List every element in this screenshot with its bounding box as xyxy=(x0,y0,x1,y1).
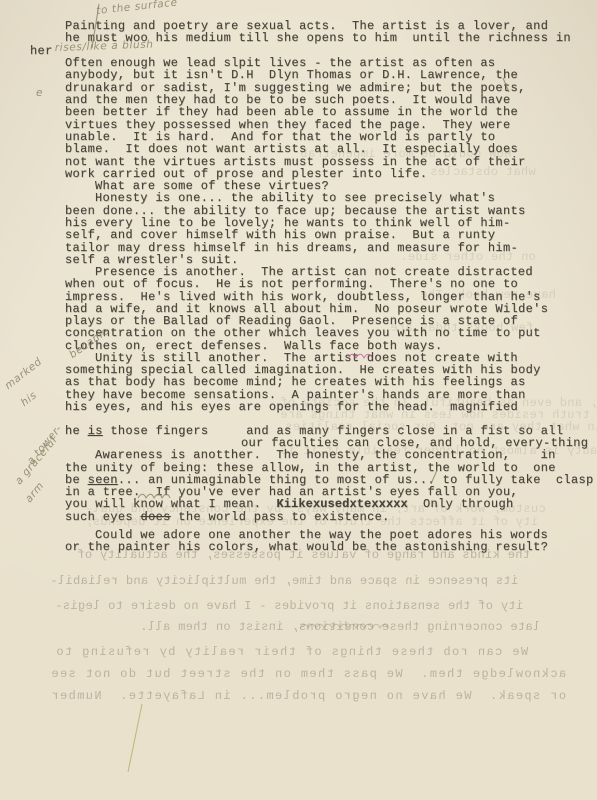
handwritten-note: arm xyxy=(24,480,47,505)
typed-line: such eyes does the world pass to existen… xyxy=(65,511,390,523)
typed-line: as that body has become mind; he creates… xyxy=(65,376,526,388)
typed-segment-u: is xyxy=(88,424,103,438)
typed-line: you will know what I mean. Kiikexusedxte… xyxy=(65,498,514,510)
pencil-stroke xyxy=(128,704,142,772)
mirror-ink-line: We can rob these things of their reality… xyxy=(55,646,528,658)
mirror-ink-line: acknowledge them. We pass them on the st… xyxy=(50,668,566,680)
typed-segment-s: does xyxy=(141,510,171,524)
typed-segment: such eyes xyxy=(65,510,141,524)
mirror-ink-line: its presence in space and time, the mult… xyxy=(50,575,518,587)
typed-segment: the world pass to existence. xyxy=(171,510,390,524)
mirror-ink-line: or speak. We have no negro problem... in… xyxy=(50,690,566,702)
handwritten-note: his xyxy=(19,390,39,409)
typed-segment: he xyxy=(65,424,88,438)
typed-segment: you will know what I mean. xyxy=(65,497,276,511)
mirror-ink-line: late concerning these conditions, insist… xyxy=(140,621,540,633)
typed-line: blame. It does not want artists at all. … xyxy=(65,143,518,155)
typed-line: been better if they had been able to ass… xyxy=(65,106,518,118)
handwritten-note: rises/like a blush xyxy=(55,40,154,54)
typed-line: Awareness is anotther. The honesty, the … xyxy=(95,449,556,461)
typed-line: Honesty is one... the ability to see pre… xyxy=(95,192,495,204)
typed-line: concentration on the other which leaves … xyxy=(65,327,541,339)
typed-line: her xyxy=(30,45,53,57)
handwritten-note: e xyxy=(36,88,43,99)
manuscript-page: How could be more impenetrabwhat obstacl… xyxy=(0,0,597,800)
typed-line: self, and cover himself with his own pra… xyxy=(65,229,495,241)
typed-line: his eyes, and his eyes are openings for … xyxy=(65,401,518,413)
typed-segment-b: Kiikexusedxtexxxxx xyxy=(276,497,407,511)
mirror-ink-line: ity of the sensations it provides - I ha… xyxy=(55,600,523,612)
handwritten-note: marked xyxy=(3,356,44,392)
typed-segment: Only through xyxy=(408,497,514,511)
typed-line: anybody, but it isn't D.H Dlyn Thomas or… xyxy=(65,69,518,81)
handwritten-note: to the surface xyxy=(96,0,178,17)
typed-line: when out of focus. He is not performing.… xyxy=(65,278,518,290)
typed-line: or the painter his colors, what would be… xyxy=(65,541,548,553)
